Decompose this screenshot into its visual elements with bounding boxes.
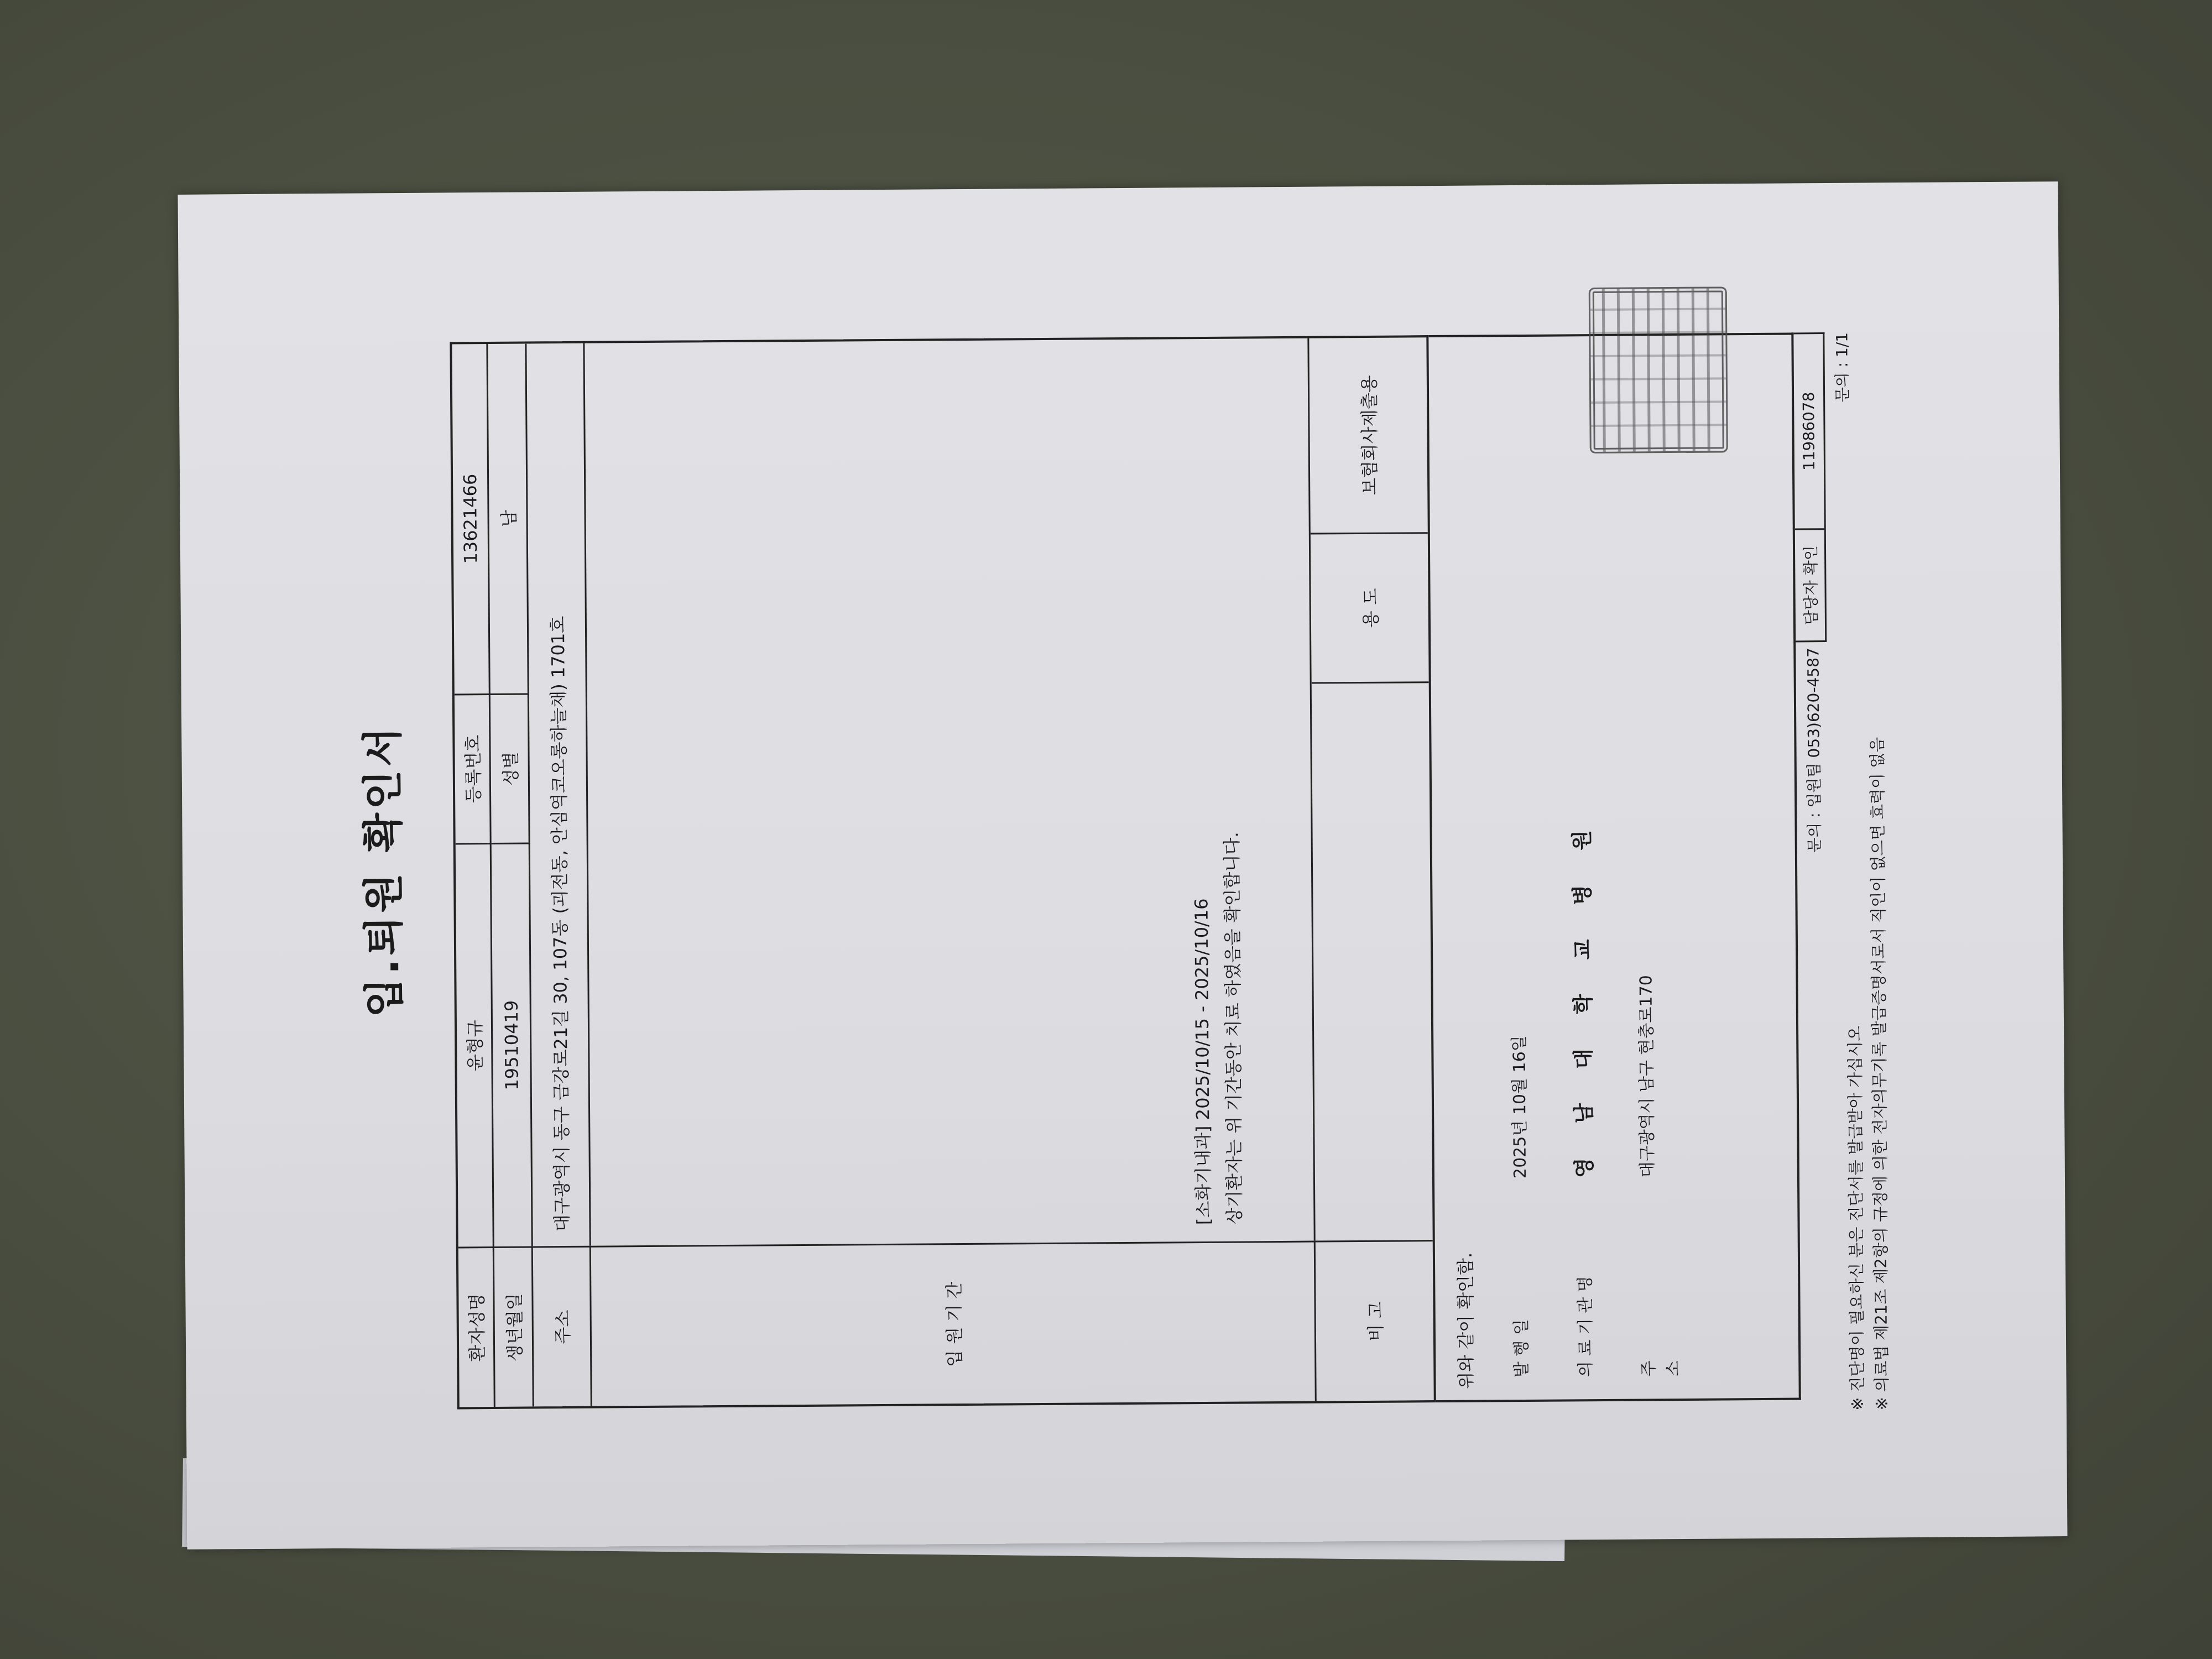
page-number: 문의 : 1/1: [1830, 332, 1853, 403]
remarks-label: 비 고: [1316, 1240, 1434, 1401]
address-label: 주소: [533, 1246, 592, 1407]
officer-number: 11986078: [1793, 334, 1824, 528]
purpose-value: 보험회사제출용: [1309, 337, 1427, 533]
institution-row: 의 료 기 관 명 영남대학교병원: [1564, 796, 1599, 1377]
issue-date-label: 발 행 일: [1506, 1178, 1532, 1378]
certification-section: 위와 같이 확인함. 발 행 일 2025년 10월 16일 의 료 기 관 명…: [1428, 333, 1801, 1403]
sex-label: 성별: [491, 693, 530, 842]
reg-no-value: 13621466: [452, 344, 490, 693]
confirm-text: 위와 같이 확인함.: [1452, 1253, 1478, 1389]
issue-date-row: 발 행 일 2025년 10월 16일: [1505, 1035, 1532, 1378]
patient-info-table: 환자성명 윤형규 등록번호 13621466 생년월일 19510419 성별 …: [450, 335, 1436, 1409]
patient-name-value: 윤형규: [456, 843, 494, 1246]
institution-name: 영남대학교병원: [1564, 796, 1598, 1178]
sex-value: 남: [488, 344, 529, 693]
institution-address-row: 주 소 대구광역시 남구 현충로170: [1632, 975, 1683, 1377]
treatment-statement: 상기환자는 위 기간동안 치료 하였음을 확인합니다.: [1217, 832, 1250, 1225]
institution-label: 의 료 기 관 명: [1570, 1178, 1596, 1377]
reg-no-label: 등록번호: [455, 693, 492, 843]
dob-label: 생년월일: [494, 1246, 534, 1406]
admission-discharge-certificate: 입.퇴원 확인서 환자성명 윤형규 등록번호 13621466 생년월일 195…: [178, 181, 2067, 1550]
institution-address-label: 주 소: [1635, 1343, 1683, 1377]
admission-period-cell: [소화기내과] 2025/10/15 - 2025/10/16 상기환자는 위 …: [585, 338, 1315, 1246]
document-title: 입.퇴원 확인서: [346, 193, 414, 1548]
dob-value: 19510419: [492, 842, 533, 1246]
admission-period-label: 입 원 기 간: [591, 1241, 1317, 1406]
purpose-label: 용 도: [1311, 532, 1429, 682]
issue-date-value: 2025년 10월 16일: [1505, 1035, 1531, 1178]
footnote-legal: ※ 의료법 제21조 제2항의 규정에 의한 전자의무기록 발급증명서로서 직인…: [1865, 737, 1893, 1411]
officer-confirm-box: 담당자 확인 11986078: [1793, 332, 1827, 642]
institution-address-value: 대구광역시 남구 현충로170: [1632, 975, 1682, 1178]
hospital-seal-stamp: [1589, 286, 1728, 453]
officer-confirm-label: 담당자 확인: [1795, 528, 1825, 640]
admission-period-content: [소화기내과] 2025/10/15 - 2025/10/16 상기환자는 위 …: [1186, 832, 1250, 1225]
remarks-value: [1312, 681, 1433, 1240]
department-period: [소화기내과] 2025/10/15 - 2025/10/16: [1186, 832, 1219, 1225]
contact-info: 문의 : 입원팀 053)620-4587: [1801, 648, 1825, 853]
patient-name-label: 환자성명: [458, 1246, 495, 1407]
address-value: 대구광역시 동구 금강로21길 30, 107동 (괴전동, 안심역코오롱하늘채…: [526, 343, 591, 1246]
footnotes: ※ 진단명이 필요하신 분은 진단서를 발급받아 가십시오 ※ 의료법 제21조…: [1840, 737, 1893, 1411]
